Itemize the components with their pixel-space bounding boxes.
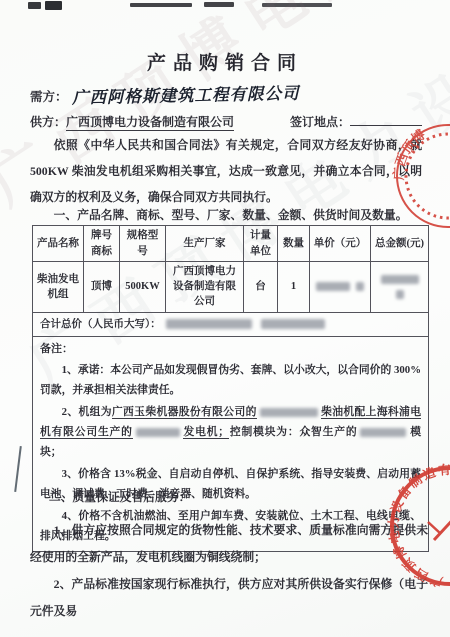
supplier-line: 供方： 广西顶博电力设备制造有限公司 签订地点：: [30, 113, 422, 131]
table-total-row: 合计总价（人民币大写）：: [33, 312, 429, 336]
scan-artifact: [262, 3, 332, 7]
col-header-product-name: 产品名称: [33, 226, 84, 262]
scan-artifact: [45, 1, 62, 10]
cell-model: 500KW: [120, 262, 166, 313]
contract-title: 产品购销合同: [0, 48, 450, 75]
remark-item-2: 2、机组为广西玉柴机器股份有限公司的柴油机配上海科浦电机有限公司生产的发电机；控…: [40, 402, 421, 462]
buyer-handwritten-value: 广西阿格斯建筑工程有限公司: [71, 80, 299, 109]
col-header-qty: 数量: [278, 226, 310, 262]
buyer-line: 需方：广西阿格斯建筑工程有限公司: [30, 82, 422, 106]
col-header-unit-price: 单价（元）: [310, 226, 371, 262]
table-header-row: 产品名称 牌号商标 规格型号 生产厂家 计量单位 数量 单价（元） 总金额(元): [33, 226, 429, 262]
redacted-value: [396, 290, 404, 299]
redacted-total-amount: [261, 319, 325, 329]
redacted-value: [316, 282, 350, 291]
scanned-contract-page: 广西顶博电力设备 广西顶博电力设备 产品购销合同 需方：广西阿格斯建筑工程有限公…: [0, 0, 450, 637]
redacted-total-amount: [166, 319, 252, 329]
remark2-text: 2、机组为: [62, 406, 112, 418]
remarks-label: 备注：: [40, 342, 421, 358]
remark-item-1: 1、承诺：本公司产品如发现假冒伪劣、套牌、以小改大，以合同价的 300%罚款，并…: [40, 360, 421, 400]
cell-product-name: 柴油发电机组: [33, 262, 84, 313]
col-header-brand: 牌号商标: [84, 226, 120, 262]
scan-artifact: [130, 3, 192, 7]
scan-artifact: [204, 2, 234, 7]
remark2-underlined: 发电机；: [183, 426, 229, 439]
section1-heading: 一、产品名牌、商标、型号、厂家、数量、金额、供货时间及数量。: [30, 206, 422, 223]
table-data-row: 柴油发电机组 顶博 500KW 广西顶博电力设备制造有限公司 台 1: [33, 262, 429, 313]
supplier-value: 广西顶博电力设备制造有限公司: [66, 113, 234, 131]
remark2-underlined: 广西玉柴机器股份有限公司的: [112, 406, 257, 419]
pen-mark: [14, 446, 22, 492]
cell-total-redacted: [371, 262, 429, 313]
intro-paragraph: 依照《中华人民共和国合同法》有关规定，合同双方经友好协商，就 500KW 柴油发…: [30, 132, 422, 210]
cell-qty: 1: [278, 262, 310, 313]
section2: 二、质量保证及售后服务： 1、供方应按照合同规定的货物性能、技术要求、质量标准向…: [30, 488, 428, 625]
scan-artifact: [28, 2, 41, 9]
total-price-label: 合计总价（人民币大写）：: [40, 319, 161, 330]
col-header-model: 规格型号: [120, 226, 166, 262]
cell-unit-price-redacted: [310, 262, 371, 313]
sign-place-label: 签订地点：: [290, 113, 350, 131]
redacted-value: [381, 275, 419, 284]
redacted-module-model: [360, 428, 406, 437]
cell-brand: 顶博: [84, 262, 120, 313]
buyer-label: 需方：: [30, 90, 68, 104]
section2-item-2: 2、产品标准按国家现行标准执行，供方应对其所供设备实行保修（电子元件及易: [30, 571, 428, 625]
cell-maker: 广西顶博电力设备制造有限公司: [166, 262, 244, 313]
section2-item-1: 1、供方应按照合同规定的货物性能、技术要求、质量标准向需方提供未经使用的全新产品…: [30, 517, 428, 571]
redacted-value: [356, 282, 364, 291]
sign-place-blank: [350, 113, 422, 126]
col-header-total: 总金额(元): [371, 226, 429, 262]
col-header-maker: 生产厂家: [166, 226, 244, 262]
col-header-unit: 计量单位: [244, 226, 278, 262]
section2-heading: 二、质量保证及售后服务：: [30, 488, 428, 505]
redacted-engine-model: [260, 408, 318, 417]
supplier-label: 供方：: [30, 113, 66, 131]
cell-unit: 台: [244, 262, 278, 313]
redacted-alternator-model: [136, 428, 180, 437]
total-price-cell: 合计总价（人民币大写）：: [33, 312, 429, 336]
remark2-text: 控制模块为：众智生产的: [229, 426, 357, 438]
